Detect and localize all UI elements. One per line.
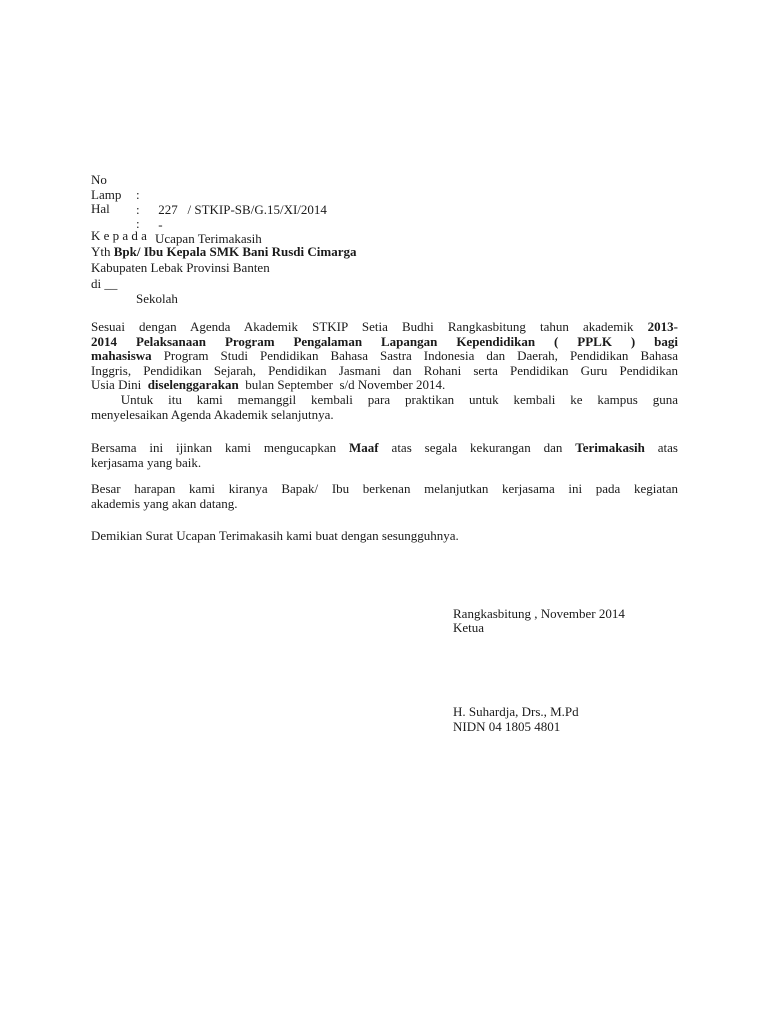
bold-run: Terimakasih: [575, 440, 645, 455]
bold-run: Maaf: [349, 440, 379, 455]
text-run: menyelesaikan Agenda Akademik selanjutny…: [91, 407, 334, 422]
text-run: bulan September s/d November 2014.: [239, 377, 446, 392]
header-label: Hal: [91, 201, 110, 216]
signer-title: Ketua: [453, 620, 484, 635]
kepada-label: K e p a d a: [91, 228, 147, 243]
text-run: Program Studi Pendidikan Bahasa Sastra I…: [152, 348, 678, 363]
text-line: Inggris, Pendidikan Sejarah, Pendidikan …: [91, 364, 678, 379]
text-run: Besar harapan kami kiranya Bapak/ Ibu be…: [91, 481, 678, 496]
closing-line: Demikian Surat Ucapan Terimakasih kami b…: [91, 529, 678, 544]
text-line: Bersama ini ijinkan kami mengucapkan Maa…: [91, 441, 678, 456]
recipient-title: Bpk/ Ibu Kepala SMK Bani Rusdi Cimarga: [114, 244, 357, 259]
bold-run: 2013-: [648, 319, 678, 334]
text-line: Besar harapan kami kiranya Bapak/ Ibu be…: [91, 482, 678, 497]
text-line: menyelesaikan Agenda Akademik selanjutny…: [91, 408, 678, 423]
text-run: atas segala kekurangan dan: [379, 440, 576, 455]
text-line: akademis yang akan datang.: [91, 497, 678, 512]
yth-prefix: Yth: [91, 244, 114, 259]
signer-name: H. Suhardja, Drs., M.Pd: [453, 704, 579, 719]
text-line: Usia Dini diselenggarakan bulan Septembe…: [91, 378, 678, 393]
text-run: atas: [645, 440, 678, 455]
body-paragraph-3: Besar harapan kami kiranya Bapak/ Ibu be…: [91, 482, 678, 511]
text-run: Untuk itu kami memanggil kembali para pr…: [91, 392, 678, 407]
text-line: kerjasama yang baik.: [91, 456, 678, 471]
body-paragraph-1: Sesuai dengan Agenda Akademik STKIP Seti…: [91, 320, 678, 422]
text-run: Inggris, Pendidikan Sejarah, Pendidikan …: [91, 363, 678, 378]
text-run: Bersama ini ijinkan kami mengucapkan: [91, 440, 349, 455]
text-line: 2014 Pelaksanaan Program Pengalaman Lapa…: [91, 335, 678, 350]
bold-run: mahasiswa: [91, 348, 152, 363]
body-paragraph-4: Demikian Surat Ucapan Terimakasih kami b…: [91, 529, 678, 544]
text-run: Sesuai dengan Agenda Akademik STKIP Seti…: [91, 319, 648, 334]
text-line: Untuk itu kami memanggil kembali para pr…: [91, 393, 678, 408]
place-date: Rangkasbitung , November 2014: [453, 606, 625, 621]
bold-run: 2014 Pelaksanaan Program Pengalaman Lapa…: [91, 334, 678, 349]
letter-page: No : 227 / STKIP-SB/G.15/XI/2014 Lamp : …: [0, 0, 768, 1024]
text-run: Usia Dini: [91, 377, 148, 392]
body-paragraph-2: Bersama ini ijinkan kami mengucapkan Maa…: [91, 441, 678, 470]
text-line: Sesuai dengan Agenda Akademik STKIP Seti…: [91, 320, 678, 335]
recipient-region: Kabupaten Lebak Provinsi Banten: [91, 260, 270, 275]
recipient-place: Sekolah: [136, 291, 178, 306]
text-run: akademis yang akan datang.: [91, 496, 238, 511]
bold-run: diselenggarakan: [148, 377, 239, 392]
recipient-name: Yth Bpk/ Ibu Kepala SMK Bani Rusdi Cimar…: [91, 244, 356, 259]
signer-id: NIDN 04 1805 4801: [453, 719, 560, 734]
text-run: kerjasama yang baik.: [91, 455, 201, 470]
recipient-di: di __: [91, 276, 117, 291]
text-line: mahasiswa Program Studi Pendidikan Bahas…: [91, 349, 678, 364]
